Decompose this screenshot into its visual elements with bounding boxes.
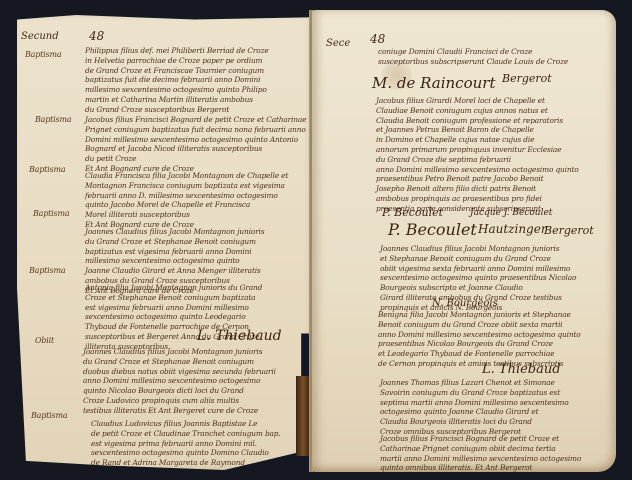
left-margin-secund: Secund (21, 31, 59, 42)
register-entry-2: Jacobus filius Francisci Bognard de peti… (85, 115, 313, 174)
register-entry-3: Claudia Francisca filia Jacobi Montagnon… (85, 171, 313, 230)
margin-note-baptisma-5: Baptisma (29, 266, 65, 275)
signature-hautzinger: Hautzinger (478, 222, 547, 236)
signature-bergerot-1: Bergerot (544, 224, 594, 237)
margin-note-baptisma-6: Baptisma (31, 411, 67, 420)
heading-signature-bergerot: Bergerot (502, 72, 552, 85)
signature-p-becoulet-2: P. Becoulet (388, 220, 477, 239)
register-entry-6: Joannes Claudius filius Jacobi Montagnon… (83, 347, 313, 416)
margin-note-baptisma-1: Baptisma (25, 50, 61, 59)
signature-p-becoulet-1: P. Becoulet (382, 206, 443, 219)
right-entry-3: Benigna filia Jacobi Montagnon junioris … (378, 310, 610, 369)
signature-jacque-becoulet: Jacque J. Becoulet (470, 208, 552, 218)
top-continuation-lines: coniuge Domini Claudii Francisci de Croz… (378, 47, 598, 67)
signature-n-bourgeois: N. Bourgeois (432, 298, 498, 309)
signature-thiebaud-right: L. Thiebaud (482, 362, 561, 377)
register-entry-1: Philippus filius def. mei Philiberti Ber… (85, 46, 313, 115)
right-entry-1: Jacobus filius Girardi Morel loci de Cha… (376, 96, 608, 214)
right-folio-number: 48 (370, 32, 385, 46)
right-margin-note: Sece (326, 38, 350, 49)
register-entry-7: Claudius Ludovicus filius Joannis Baptis… (91, 419, 301, 468)
margin-note-baptisma-3: Baptisma (29, 165, 65, 174)
right-entry-4: Joannes Thomas filius Lazari Chenot et S… (380, 378, 608, 437)
heading-raincourt: M. de Raincourt (372, 74, 495, 92)
margin-note-baptisma-2: Baptisma (35, 115, 71, 124)
margin-note-baptisma-4: Baptisma (33, 209, 69, 218)
signature-thiebaud: L. Thiebaud (197, 328, 282, 344)
right-entry-5: Jacobus filius Francisci Bognard de peti… (380, 434, 608, 473)
binding-spine-edge (296, 376, 310, 456)
margin-note-obiit: Obiit (35, 336, 54, 345)
right-manuscript-page: Sece 48 coniuge Domini Claudii Francisci… (312, 10, 616, 472)
left-manuscript-page: Secund 48 Baptisma Philippus filius def.… (17, 15, 313, 470)
left-folio-number: 48 (89, 29, 104, 43)
